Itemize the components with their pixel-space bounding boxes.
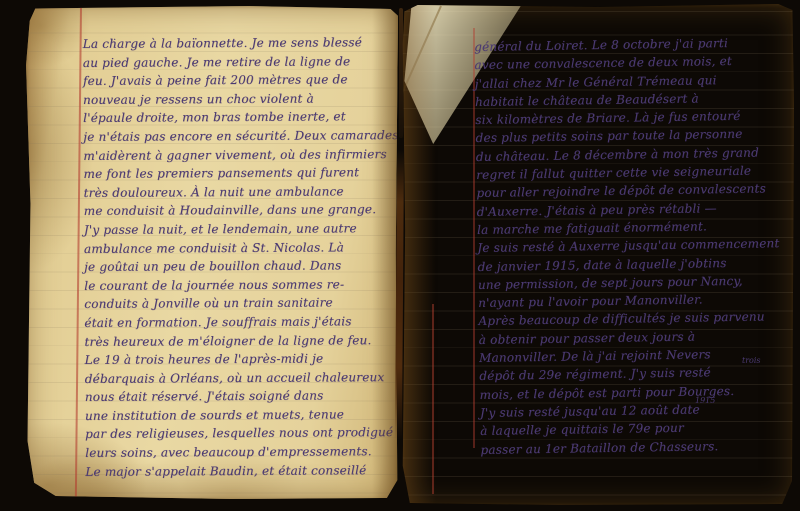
handwriting-line: J'y suis resté jusqu'au 12 août date — [480, 399, 798, 422]
paper-fold-crease — [402, 4, 522, 144]
torn-gutter-top — [399, 8, 403, 138]
handwriting-line: La charge à la baïonnette. Je me sens bl… — [83, 33, 395, 53]
handwriting-line: feu. J'avais à peine fait 200 mètres que… — [83, 70, 395, 90]
handwriting-line: de janvier 1915, date à laquelle j'obtin… — [477, 253, 795, 276]
handwriting-line: mois, et le dépôt est parti pour Bourges… — [479, 381, 797, 404]
handwriting-line: habitait le château de Beaudésert à — [475, 88, 793, 111]
handwriting-line: passer au 1er Bataillon de Chasseurs. — [480, 435, 798, 458]
red-margin-line-right — [473, 28, 475, 448]
handwriting-line: une institution de sourds et muets, tenu… — [85, 405, 397, 425]
handwriting-line: j'allai chez Mr le Général Trémeau qui — [475, 70, 793, 93]
handwriting-line: général du Loiret. Le 8 octobre j'ai par… — [474, 33, 792, 56]
handwriting-line: Je suis resté à Auxerre jusqu'au commenc… — [477, 234, 795, 257]
notebook-left-page: .. La charge à la baïonnette. Je me sens… — [26, 6, 398, 500]
handwriting-line: me conduisit à Houdainville, dans une gr… — [84, 200, 396, 220]
inserted-word-1915: 1915 — [695, 396, 715, 405]
handwriting-line: nouveau je ressens un choc violent à — [83, 89, 395, 109]
handwriting-left-page: La charge à la baïonnette. Je me sens bl… — [83, 33, 398, 481]
handwriting-line: n'ayant pu l'avoir pour Manonviller. — [478, 289, 796, 312]
handwriting-line: je goûtai un peu de bouillon chaud. Dans — [84, 256, 396, 276]
handwriting-line: l'épaule droite, mon bras tombe inerte, … — [83, 107, 395, 127]
handwriting-line: le courant de la journée nous sommes re- — [84, 275, 396, 295]
handwriting-line: Le 19 à trois heures de l'après-midi je — [85, 349, 397, 369]
handwriting-line: très heureux de m'éloigner de la ligne d… — [84, 331, 396, 351]
handwriting-line: avec une convalescence de deux mois, et — [474, 51, 792, 74]
handwriting-line: à obtenir pour passer deux jours à — [479, 326, 797, 349]
handwriting-line: par des religieuses, lesquelles nous ont… — [85, 424, 397, 444]
red-margin-line-near-fold — [432, 304, 434, 494]
photo-of-open-notebook: .. La charge à la baïonnette. Je me sens… — [0, 0, 800, 511]
handwriting-line: très douloureux. À la nuit une ambulance — [84, 182, 396, 202]
handwriting-line: leurs soins, avec beaucoup d'empressemen… — [85, 442, 397, 462]
handwriting-line: la marche me fatiguait énormément. — [477, 216, 795, 239]
handwriting-line: du château. Le 8 décembre à mon très gra… — [476, 143, 794, 166]
handwriting-line: était en formation. Je souffrais mais j'… — [84, 312, 396, 332]
handwriting-line: Manonviller. De là j'ai rejoint Nevers — [479, 344, 797, 367]
handwriting-line: dépôt du 29e régiment. J'y suis resté — [479, 362, 797, 385]
ruled-lines-right — [402, 4, 794, 506]
handwriting-line: à laquelle je quittais le 79e pour — [480, 417, 798, 440]
red-margin-line-left — [75, 6, 82, 500]
handwriting-line: m'aidèrent à gagner vivement, où des inf… — [83, 145, 395, 165]
handwriting-line: J'y passe la nuit, et le lendemain, une … — [84, 219, 396, 239]
notebook-right-page: général du Loiret. Le 8 octobre j'ai par… — [402, 4, 794, 506]
handwriting-line: je n'étais pas encore en sécurité. Deux … — [83, 126, 395, 146]
handwriting-line: conduits à Jonville où un train sanitair… — [84, 293, 396, 313]
ink-dots-mark: .. — [110, 32, 116, 43]
handwriting-line: Le major s'appelait Baudin, et était con… — [85, 461, 397, 481]
gutter-shadow-right — [402, 4, 436, 506]
handwriting-line: six kilomètres de Briare. Là je fus ento… — [475, 106, 793, 129]
handwriting-line: des plus petits soins par toute la perso… — [475, 124, 793, 147]
handwriting-line: me font les premiers pansements qui fure… — [83, 163, 395, 183]
handwriting-line: ambulance me conduisit à St. Nicolas. Là — [84, 238, 396, 258]
handwriting-line: débarquais à Orléans, où un accueil chal… — [85, 368, 397, 388]
torn-gutter-split — [395, 150, 404, 440]
handwriting-line: d'Auxerre. J'étais à peu près rétabli — — [477, 198, 795, 221]
inserted-word-trois: trois — [742, 356, 761, 365]
handwriting-line: nous était réservé. J'étais soigné dans — [85, 386, 397, 406]
handwriting-line: Après beaucoup de difficultés je suis pa… — [478, 307, 796, 330]
handwriting-line: au pied gauche. Je me retire de la ligne… — [83, 52, 395, 72]
handwriting-line: regret il fallut quitter cette vie seign… — [476, 161, 794, 184]
handwriting-line: une permission, de sept jours pour Nancy… — [478, 271, 796, 294]
ruled-lines-left — [26, 6, 398, 500]
handwriting-line: pour aller rejoindre le dépôt de convale… — [476, 179, 794, 202]
handwriting-right-page: général du Loiret. Le 8 octobre j'ai par… — [474, 33, 799, 459]
